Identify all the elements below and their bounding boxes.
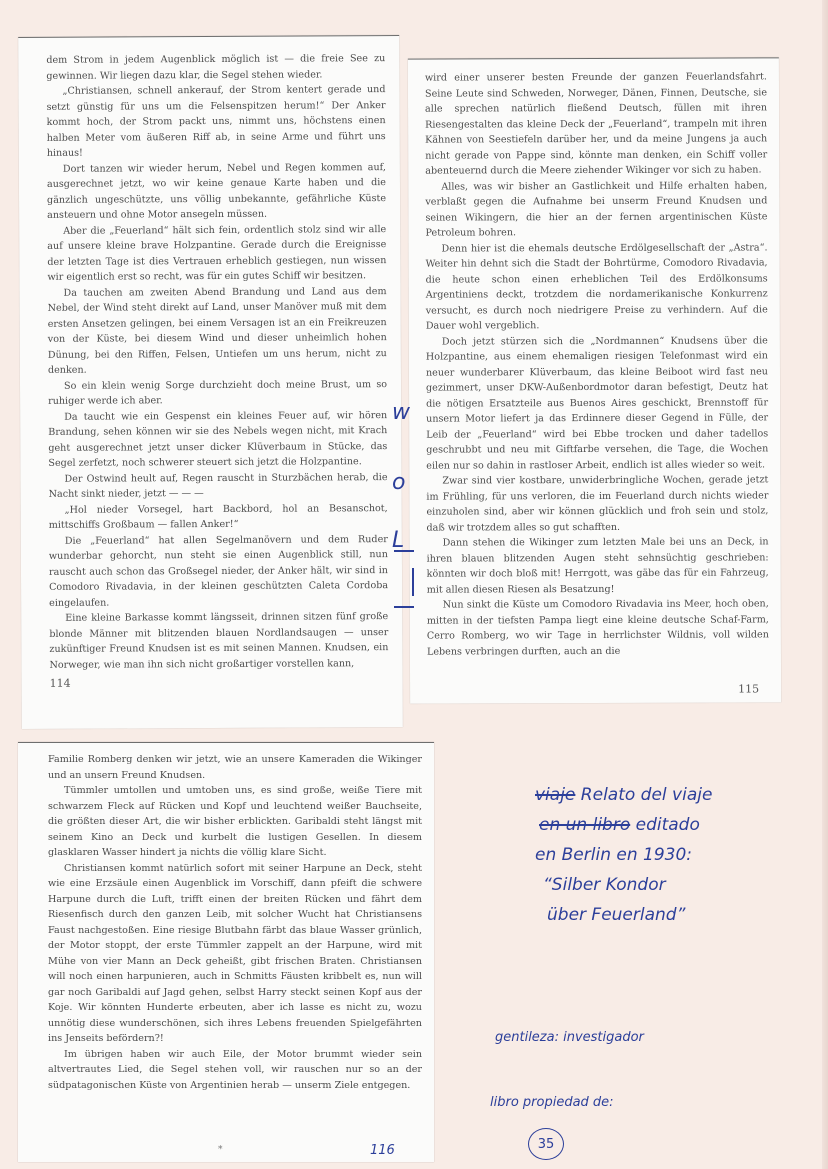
paragraph: Familie Romberg denken wir jetzt, wie an… [48,752,422,783]
paragraph: Alles, was wir bisher an Gastlichkeit un… [425,178,767,241]
handwritten-credit: gentileza: investigador [495,1030,644,1045]
handwritten-annotation: viaje Relato del viaje en un libro edita… [535,780,795,930]
margin-ink-marks: w o L [392,400,420,630]
note-text: editado [630,815,700,835]
paragraph: Da tauchen am zweiten Abend Brandung und… [47,284,386,379]
paragraph: Nun sinkt die Küste um Comodoro Rivadavi… [427,596,769,659]
book-page-116: Familie Romberg denken wir jetzt, wie an… [18,742,434,1162]
ink-mark: o [392,470,405,495]
paragraph: Tümmler umtollen und umtoben uns, es sin… [48,783,422,861]
page-number: 114 [50,675,71,691]
paragraph: Da taucht wie ein Gespenst ein kleines F… [48,408,387,472]
note-text: Relato del viaje [575,785,712,805]
paragraph: Der Ostwind heult auf, Regen rauscht in … [48,470,387,503]
page-115-text: wird einer unserer besten Freunde der ga… [425,69,769,659]
handwritten-owner: libro propiedad de: [490,1095,614,1110]
paragraph: So ein klein wenig Sorge durchzieht doch… [48,377,387,410]
struck-text: en un libro [539,815,630,835]
page-116-text: Familie Romberg denken wir jetzt, wie an… [48,752,422,1093]
paragraph: Die „Feuerland“ hat allen Segelmanövern … [49,532,388,611]
note-line: viaje Relato del viaje [535,780,795,810]
paragraph: „Christiansen, schnell ankerauf, der Str… [46,82,385,161]
section-end-asterisk: * [218,1143,223,1159]
book-page-114: dem Strom in jedem Augenblick möglich is… [18,35,403,729]
page-number: 115 [738,681,759,697]
ink-mark: w [392,400,410,425]
note-line: en un libro editado [539,810,795,840]
album-page-edge [822,0,828,1169]
ink-underline [394,550,414,552]
paragraph: Dann stehen die Wikinger zum letzten Mal… [427,534,769,597]
paragraph: wird einer unserer besten Freunde der ga… [425,69,767,179]
note-line: “Silber Kondor [543,870,795,900]
handwritten-page-number: 116 [370,1143,395,1159]
circled-number: 35 [528,1128,564,1160]
note-line: en Berlin en 1930: [535,840,795,870]
note-line: über Feuerland” [547,900,795,930]
paragraph: Zwar sind vier kostbare, unwiderbringlic… [426,472,768,535]
paragraph: Christiansen kommt natürlich sofort mit … [48,861,422,1047]
page-114-text: dem Strom in jedem Augenblick möglich is… [46,51,388,673]
paragraph: Eine kleine Barkasse kommt längsseit, dr… [49,609,388,673]
paragraph: Aber die „Feuerland“ hält sich fein, ord… [47,222,386,286]
ink-vertical-stroke [412,568,414,596]
book-page-115: wird einer unserer besten Freunde der ga… [408,57,781,703]
paragraph: „Hol nieder Vorsegel, hart Backbord, hol… [49,501,388,534]
paragraph: dem Strom in jedem Augenblick möglich is… [46,51,385,84]
struck-text: viaje [535,785,575,805]
ink-underline [394,606,414,608]
paragraph: Doch jetzt stürzen sich die „Nordmannen“… [426,333,768,474]
paragraph: Im übrigen haben wir auch Eile, der Moto… [48,1047,422,1094]
paragraph: Denn hier ist die ehemals deutsche Erdöl… [426,240,768,334]
paragraph: Dort tanzen wir wieder herum, Nebel und … [47,160,386,224]
